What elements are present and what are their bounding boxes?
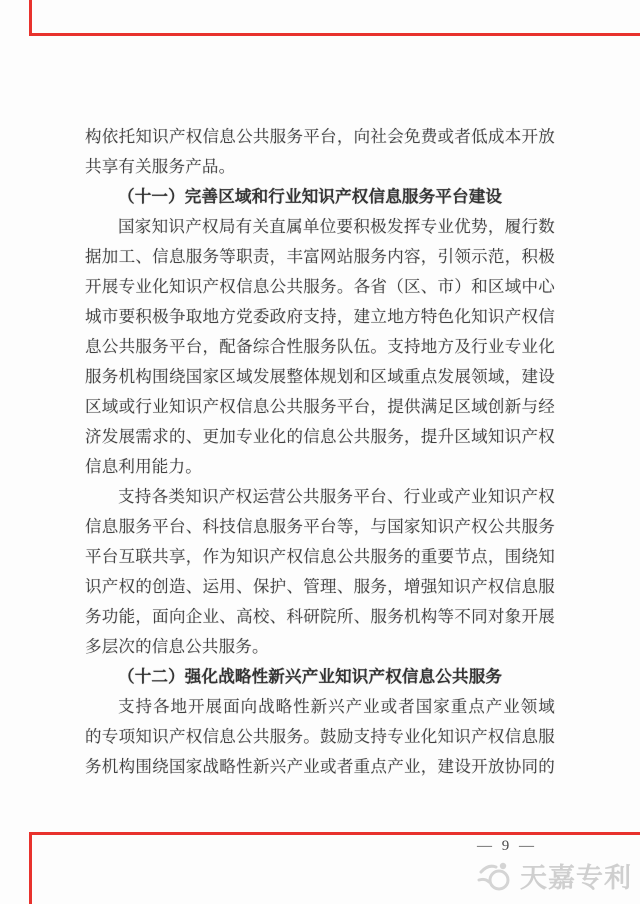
text-line: 平台互联共享，作为知识产权信息公共服务的重要节点，围绕知	[85, 542, 555, 572]
text-line: 信息利用能力。	[85, 452, 555, 482]
text-line: 构依托知识产权信息公共服务平台，向社会免费或者低成本开放	[85, 122, 555, 152]
text-line: 信息服务平台、科技信息服务平台等，与国家知识产权公共服务	[85, 512, 555, 542]
text-line: 多层次的信息公共服务。	[85, 632, 555, 662]
text-line: 共享有关服务产品。	[85, 152, 555, 182]
page-number: — 9 —	[477, 838, 537, 855]
text-line: 城市要积极争取地方党委政府支持，建立地方特色化知识产权信	[85, 302, 555, 332]
annotation-line-left-top	[29, 0, 32, 36]
section-heading-line: （十一）完善区域和行业知识产权信息服务平台建设	[85, 182, 555, 212]
text-line: 济发展需求的、更加专业化的信息公共服务，提升区域知识产权	[85, 422, 555, 452]
text-line: 支持各类知识产权运营公共服务平台、行业或产业知识产权	[85, 482, 555, 512]
text-line: 的专项知识产权信息公共服务。鼓励支持专业化知识产权信息服	[85, 722, 555, 752]
watermark-text: 天嘉专利	[520, 856, 632, 895]
text-line: 开展专业化知识产权信息公共服务。各省（区、市）和区域中心	[85, 272, 555, 302]
tianjia-logo-icon	[475, 858, 515, 894]
annotation-line-top	[29, 33, 640, 36]
scanned-document-page: { "page": { "background": "#fdfdfd", "in…	[0, 0, 640, 904]
text-line: 务功能，面向企业、高校、科研院所、服务机构等不同对象开展	[85, 602, 555, 632]
text-line: 服务机构围绕国家区域发展整体规划和区域重点发展领域，建设	[85, 362, 555, 392]
text-line: 区域或行业知识产权信息公共服务平台，提供满足区域创新与经	[85, 392, 555, 422]
annotation-line-left-bottom	[29, 832, 32, 904]
text-line: 据加工、信息服务等职责，丰富网站服务内容，引领示范，积极	[85, 242, 555, 272]
section-heading-line: （十二）强化战略性新兴产业知识产权信息公共服务	[85, 662, 555, 692]
text-line: 国家知识产权局有关直属单位要积极发挥专业优势，履行数	[85, 212, 555, 242]
text-line: 支持各地开展面向战略性新兴产业或者国家重点产业领域	[85, 692, 555, 722]
document-text-block: 构依托知识产权信息公共服务平台，向社会免费或者低成本开放共享有关服务产品。（十一…	[85, 122, 555, 782]
text-line: 识产权的创造、运用、保护、管理、服务，增强知识产权信息服	[85, 572, 555, 602]
text-line: 息公共服务平台，配备综合性服务队伍。支持地方及行业专业化	[85, 332, 555, 362]
watermark: 天嘉专利	[475, 856, 632, 895]
annotation-line-bottom	[29, 832, 640, 835]
text-line: 务机构围绕国家战略性新兴产业或者重点产业，建设开放协同的	[85, 752, 555, 782]
